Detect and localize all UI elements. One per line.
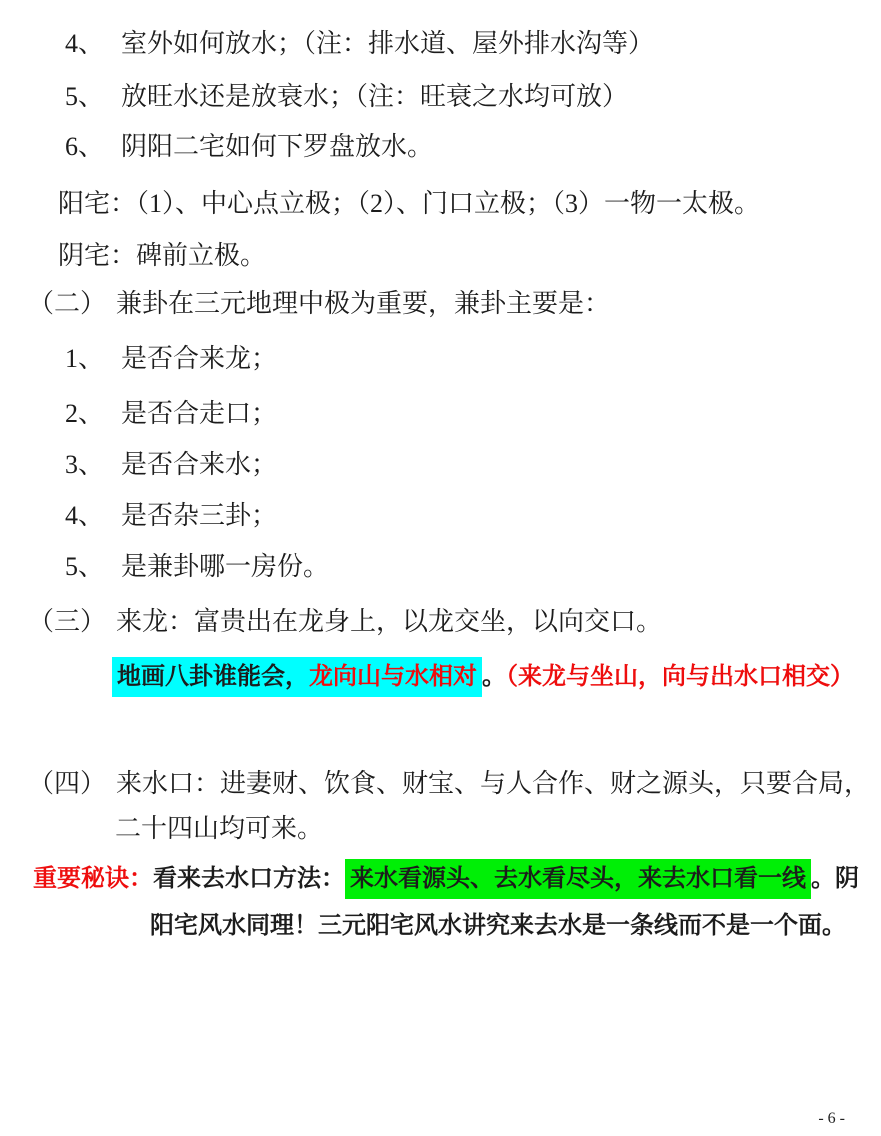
paragraph-text: 二十四山均可来。 [115, 814, 323, 843]
list-item-4: 4、室外如何放水；（注：排水道、屋外排水沟等） [65, 28, 654, 61]
section-4-heading: （四）来水口：进妻财、饮食、财宝、与人合作、财之源头，只要合局， [28, 768, 870, 801]
paragraph-text: 阳宅：（1）、中心点立极；（2）、门口立极；（3）一物一太极。 [58, 189, 760, 218]
list-text: 是否合来水； [121, 450, 277, 479]
sub-item-2: 2、是否合走口； [65, 398, 277, 431]
list-marker: 5、 [65, 82, 104, 111]
page-number: - 6 - [818, 1110, 845, 1128]
list-item-5: 5、放旺水还是放衰水；（注：旺衰之水均可放） [65, 81, 628, 114]
cyan-highlight: 地画八卦谁能会，龙向山与水相对 [112, 657, 482, 697]
paragraph-text: 阴宅：碑前立极。 [58, 241, 266, 270]
sub-item-1: 1、是否合来龙； [65, 343, 277, 376]
list-text: 室外如何放水；（注：排水道、屋外排水沟等） [121, 29, 654, 58]
section-text: 兼卦在三元地理中极为重要，兼卦主要是： [116, 289, 610, 318]
list-text: 放旺水还是放衰水；（注：旺衰之水均可放） [121, 82, 628, 111]
list-text: 阴阳二宅如何下罗盘放水。 [121, 132, 433, 161]
list-marker: 3、 [65, 450, 104, 479]
section-marker: （三） [28, 607, 106, 636]
list-text: 是兼卦哪一房份。 [121, 552, 329, 581]
verse-black-text: 地画八卦谁能会， [117, 664, 309, 690]
section-4-continuation: 二十四山均可来。 [115, 813, 323, 846]
list-marker: 5、 [65, 552, 104, 581]
sub-item-4: 4、是否杂三卦； [65, 500, 277, 533]
section-2-heading: （二）兼卦在三元地理中极为重要，兼卦主要是： [28, 288, 610, 321]
verse-period: 。 [482, 664, 506, 690]
section-marker: （二） [28, 289, 106, 318]
yang-dwelling-line: 阳宅：（1）、中心点立极；（2）、门口立极；（3）一物一太极。 [58, 188, 760, 221]
list-text: 是否杂三卦； [121, 501, 277, 530]
section-marker: （四） [28, 769, 106, 798]
list-item-6: 6、阴阳二宅如何下罗盘放水。 [65, 131, 433, 164]
list-text: 是否合走口； [121, 399, 277, 428]
list-marker: 6、 [65, 132, 104, 161]
list-marker: 1、 [65, 344, 104, 373]
verse-red-text: 龙向山与水相对 [309, 664, 477, 690]
paragraph-text: 阳宅风水同理！三元阳宅风水讲究来去水是一条线而不是一个面。 [150, 913, 846, 939]
section-text: 来龙：富贵出在龙身上，以龙交坐，以向交口。 [116, 607, 662, 636]
secret-label: 重要秘诀： [33, 866, 153, 892]
yin-dwelling-line: 阴宅：碑前立极。 [58, 240, 266, 273]
secret-intro: 看来去水口方法： [153, 866, 345, 892]
verse-red-note: （来龙与坐山，向与出水口相交） [506, 664, 854, 690]
secret-after-highlight: 。阴 [811, 866, 859, 892]
sub-item-5: 5、是兼卦哪一房份。 [65, 551, 329, 584]
sub-item-3: 3、是否合来水； [65, 449, 277, 482]
verse-highlight-line: 地画八卦谁能会，龙向山与水相对。（来龙与坐山，向与出水口相交） [112, 662, 854, 692]
green-highlight: 来水看源头、去水看尽头，来去水口看一线 [345, 859, 811, 899]
section-3-heading: （三）来龙：富贵出在龙身上，以龙交坐，以向交口。 [28, 606, 662, 639]
secret-tip-line-2: 阳宅风水同理！三元阳宅风水讲究来去水是一条线而不是一个面。 [150, 911, 846, 941]
list-marker: 2、 [65, 399, 104, 428]
secret-tip-line-1: 重要秘诀：看来去水口方法：来水看源头、去水看尽头，来去水口看一线。阴 [33, 864, 859, 894]
document-page: 4、室外如何放水；（注：排水道、屋外排水沟等） 5、放旺水还是放衰水；（注：旺衰… [0, 0, 881, 1136]
list-marker: 4、 [65, 29, 104, 58]
list-marker: 4、 [65, 501, 104, 530]
list-text: 是否合来龙； [121, 344, 277, 373]
section-text: 来水口：进妻财、饮食、财宝、与人合作、财之源头，只要合局， [116, 769, 870, 798]
